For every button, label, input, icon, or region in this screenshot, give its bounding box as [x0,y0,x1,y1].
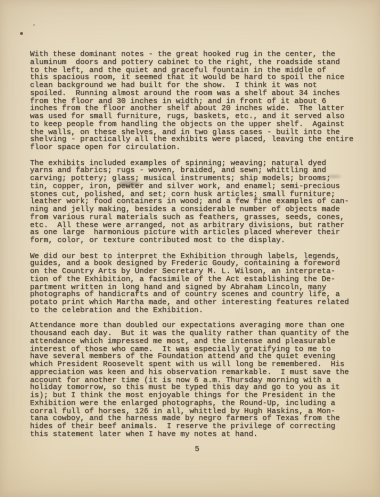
page-body: With these dominant notes - the great ho… [30,52,364,455]
paragraph-2: The exhibits included examples of spinni… [30,161,364,246]
page-number: 5 [30,447,364,455]
paper-speck [20,32,23,35]
paragraph-1: With these dominant notes - the great ho… [30,52,364,153]
paper-speck [33,24,35,26]
document-page: With these dominant notes - the great ho… [0,0,380,497]
paragraph-4: Attendance more than doubled our expecta… [30,323,364,439]
paragraph-3: We did our best to interpret the Exhibit… [30,254,364,316]
